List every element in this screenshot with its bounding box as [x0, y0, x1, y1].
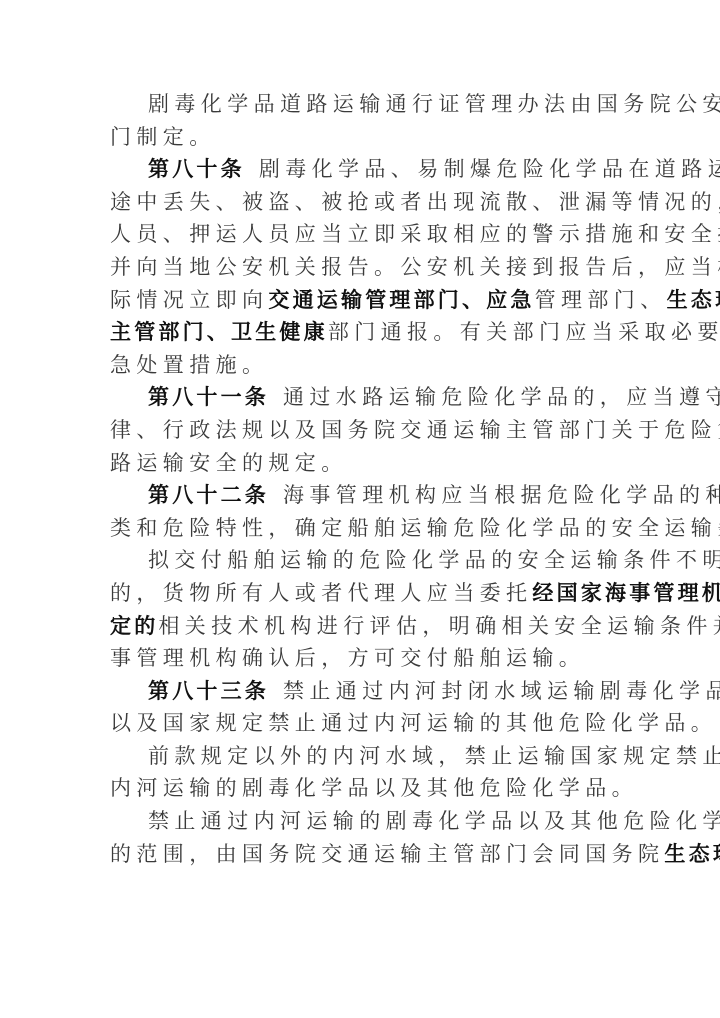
text-line: 事管理机构确认后，方可交付船舶运输。: [110, 642, 615, 675]
article-heading: 第八十条: [148, 157, 245, 181]
text-line: 门制定。: [110, 121, 615, 154]
text-line: 第八十条剧毒化学品、易制爆危险化学品在道路运输: [110, 153, 615, 186]
text-line: 途中丢失、被盗、被抢或者出现流散、泄漏等情况的，驾驶: [110, 186, 615, 219]
text-line: 以及国家规定禁止通过内河运输的其他危险化学品。: [110, 707, 615, 740]
body-text: 并向当地公安机关报告。公安机关接到报告后，应当根据实: [110, 255, 720, 279]
text-line: 内河运输的剧毒化学品以及其他危险化学品。: [110, 772, 615, 805]
bold-amendment-text: 交通运输管理部门、应急: [268, 288, 534, 312]
body-text: 禁止通过内河运输的剧毒化学品以及其他危险化学品: [148, 809, 720, 833]
document-page: 剧毒化学品道路运输通行证管理办法由国务院公安部门制定。第八十条剧毒化学品、易制爆…: [110, 88, 615, 870]
article-heading: 第八十三条: [148, 679, 269, 703]
body-text: 人员、押运人员应当立即采取相应的警示措施和安全措施，: [110, 222, 720, 246]
body-text: 路运输安全的规定。: [110, 451, 348, 475]
body-text: 相关技术机构进行评估，明确相关安全运输条件并经海: [158, 614, 720, 638]
body-text: 事管理机构确认后，方可交付船舶运输。: [110, 646, 585, 670]
body-text: 急处置措施。: [110, 353, 268, 377]
body-text: 剧毒化学品、易制爆危险化学品在道路运输: [259, 157, 720, 181]
body-text: 海事管理机构应当根据危险化学品的种: [283, 483, 720, 507]
text-line: 第八十三条禁止通过内河封闭水域运输剧毒化学品: [110, 675, 615, 708]
body-text: 的，货物所有人或者代理人应当委托: [110, 581, 532, 605]
text-line: 际情况立即向交通运输管理部门、应急管理部门、生态环境: [110, 284, 615, 317]
body-text: 管理部门、: [535, 288, 667, 312]
article-heading: 第八十二条: [148, 483, 269, 507]
text-line: 主管部门、卫生健康部门通报。有关部门应当采取必要的应: [110, 316, 615, 349]
body-text: 禁止通过内河封闭水域运输剧毒化学品: [283, 679, 720, 703]
body-text: 剧毒化学品道路运输通行证管理办法由国务院公安部: [148, 92, 720, 116]
text-line: 前款规定以外的内河水域，禁止运输国家规定禁止通过: [110, 740, 615, 773]
body-text: 际情况立即向: [110, 288, 268, 312]
body-text: 门制定。: [110, 125, 216, 149]
bold-amendment-text: 生态环境: [667, 288, 720, 312]
text-line: 人员、押运人员应当立即采取相应的警示措施和安全措施，: [110, 218, 615, 251]
bold-amendment-text: 定的: [110, 614, 158, 638]
text-line: 第八十一条通过水路运输危险化学品的，应当遵守法: [110, 381, 615, 414]
body-text: 内河运输的剧毒化学品以及其他危险化学品。: [110, 776, 638, 800]
text-line: 禁止通过内河运输的剧毒化学品以及其他危险化学品: [110, 805, 615, 838]
text-line: 并向当地公安机关报告。公安机关接到报告后，应当根据实: [110, 251, 615, 284]
body-text: 类和危险特性，确定船舶运输危险化学品的安全运输条件。: [110, 516, 720, 540]
text-line: 律、行政法规以及国务院交通运输主管部门关于危险货物水: [110, 414, 615, 447]
body-text: 律、行政法规以及国务院交通运输主管部门关于危险货物水: [110, 418, 720, 442]
text-line: 的范围，由国务院交通运输主管部门会同国务院生态环境主: [110, 838, 615, 871]
body-text: 前款规定以外的内河水域，禁止运输国家规定禁止通过: [148, 744, 720, 768]
text-line: 类和危险特性，确定船舶运输危险化学品的安全运输条件。: [110, 512, 615, 545]
bold-amendment-text: 主管部门、卫生健康: [110, 320, 328, 344]
bold-amendment-text: 经国家海事管理机构认: [532, 581, 720, 605]
body-text: 部门通报。有关部门应当采取必要的应: [328, 320, 720, 344]
article-heading: 第八十一条: [148, 385, 269, 409]
body-text: 的范围，由国务院交通运输主管部门会同国务院: [110, 842, 664, 866]
body-text: 拟交付船舶运输的危险化学品的安全运输条件不明确: [148, 548, 720, 572]
text-line: 定的相关技术机构进行评估，明确相关安全运输条件并经海: [110, 610, 615, 643]
text-line: 路运输安全的规定。: [110, 447, 615, 480]
body-text: 以及国家规定禁止通过内河运输的其他危险化学品。: [110, 711, 717, 735]
text-line: 拟交付船舶运输的危险化学品的安全运输条件不明确: [110, 544, 615, 577]
bold-amendment-text: 生态环境主: [664, 842, 720, 866]
text-line: 剧毒化学品道路运输通行证管理办法由国务院公安部: [110, 88, 615, 121]
body-text: 途中丢失、被盗、被抢或者出现流散、泄漏等情况的，驾驶: [110, 190, 720, 214]
body-text: 通过水路运输危险化学品的，应当遵守法: [283, 385, 720, 409]
text-line: 第八十二条海事管理机构应当根据危险化学品的种: [110, 479, 615, 512]
text-line: 急处置措施。: [110, 349, 615, 382]
text-line: 的，货物所有人或者代理人应当委托经国家海事管理机构认: [110, 577, 615, 610]
